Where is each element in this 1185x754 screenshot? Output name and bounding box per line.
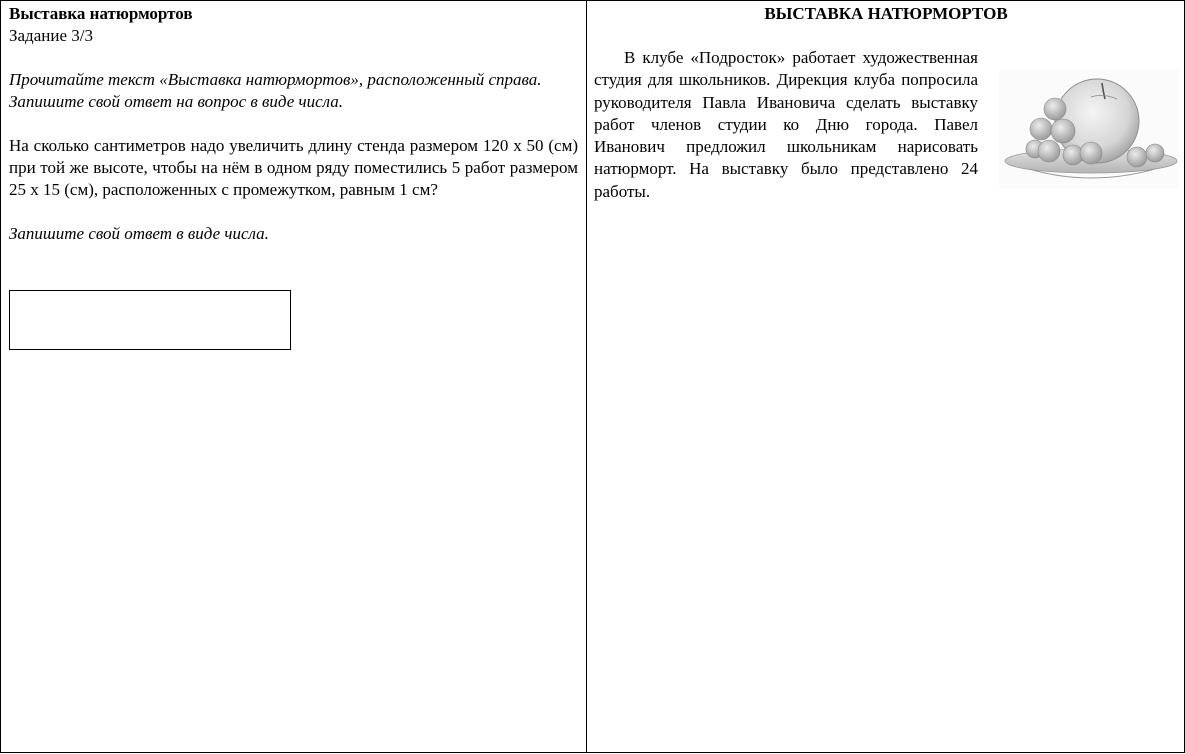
still-life-sketch-icon <box>999 69 1179 189</box>
task-number: Задание 3/3 <box>9 25 578 47</box>
task-title: Выставка натюрмортов <box>9 3 578 25</box>
answer-input[interactable] <box>9 290 291 350</box>
reading-passage: В клубе «Подросток» работает художествен… <box>594 47 978 203</box>
reading-title: ВЫСТАВКА НАТЮРМОРТОВ <box>587 3 1185 25</box>
task-panel: Выставка натюрмортов Задание 3/3 Прочита… <box>9 3 578 245</box>
task-instruction: Прочитайте текст «Выставка натюрмортов»,… <box>9 69 578 113</box>
still-life-illustration <box>999 69 1179 189</box>
task-question: На сколько сантиметров надо увеличить дл… <box>9 135 578 201</box>
column-divider <box>586 0 587 753</box>
answer-prompt: Запишите свой ответ в виде числа. <box>9 223 578 245</box>
